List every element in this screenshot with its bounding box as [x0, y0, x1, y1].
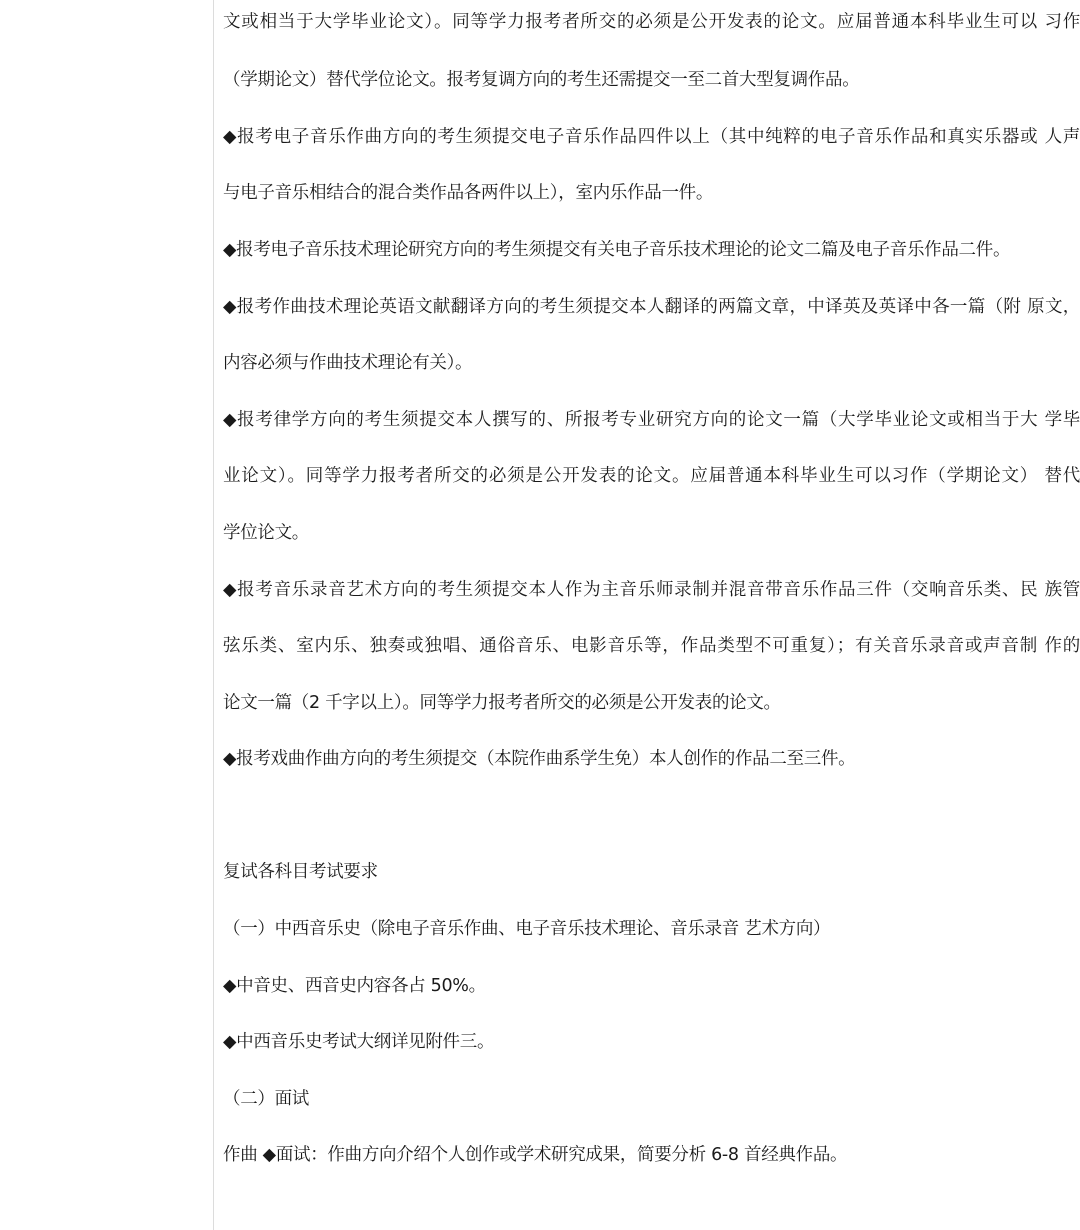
paragraph-line: 业论文）。同等学力报考者所交的必须是公开发表的论文。应届普通本科毕业生可以习作（…	[223, 464, 1080, 488]
bullet-item-electronic-composition: ◆报考电子音乐作曲方向的考生须提交电子音乐作品四件以上（其中纯粹的电子音乐作品和…	[223, 125, 1080, 149]
paragraph-line: 学位论文。	[223, 521, 309, 545]
bullet-item-recording-arts: ◆报考音乐录音艺术方向的考生须提交本人作为主音乐师录制并混音带音乐作品三件（交响…	[223, 578, 1080, 602]
bullet-item-translation: ◆报考作曲技术理论英语文献翻译方向的考生须提交本人翻译的两篇文章，中译英及英译中…	[223, 295, 1080, 319]
section-heading: 复试各科目考试要求	[223, 860, 378, 884]
paragraph-line: 与电子音乐相结合的混合类作品各两件以上），室内乐作品一件。	[223, 181, 713, 205]
bullet-item-opera-composition: ◆报考戏曲作曲方向的考生须提交（本院作曲系学生免）本人创作的作品二至三件。	[223, 747, 855, 771]
paragraph-line: （学期论文）替代学位论文。报考复调方向的考生还需提交一至二首大型复调作品。	[223, 68, 859, 92]
bullet-item-history-weight: ◆中音史、西音史内容各占 50%。	[223, 974, 486, 998]
bullet-item-temperament: ◆报考律学方向的考生须提交本人撰写的、所报考专业研究方向的论文一篇（大学毕业论文…	[223, 408, 1080, 432]
bullet-item-history-syllabus: ◆中西音乐史考试大纲详见附件三。	[223, 1030, 494, 1054]
interview-composition-item: 作曲 ◆面试：作曲方向介绍个人创作或学术研究成果，简要分析 6-8 首经典作品。	[223, 1143, 847, 1167]
subsection-interview: （二）面试	[223, 1087, 309, 1111]
paragraph-line: 文或相当于大学毕业论文）。同等学力报考者所交的必须是公开发表的论文。应届普通本科…	[223, 10, 1080, 34]
content-divider	[213, 0, 214, 1230]
left-margin	[0, 0, 213, 1230]
paragraph-line: 内容必须与作曲技术理论有关）。	[223, 351, 472, 375]
paragraph-line: 弦乐类、室内乐、独奏或独唱、通俗音乐、电影音乐等，作品类型不可重复）；有关音乐录…	[223, 634, 1080, 658]
paragraph-line: 论文一篇（2 千字以上）。同等学力报考者所交的必须是公开发表的论文。	[223, 691, 781, 715]
subsection-music-history: （一）中西音乐史（除电子音乐作曲、电子音乐技术理论、音乐录音 艺术方向）	[223, 917, 830, 941]
bullet-item-electronic-theory: ◆报考电子音乐技术理论研究方向的考生须提交有关电子音乐技术理论的论文二篇及电子音…	[223, 238, 1010, 262]
